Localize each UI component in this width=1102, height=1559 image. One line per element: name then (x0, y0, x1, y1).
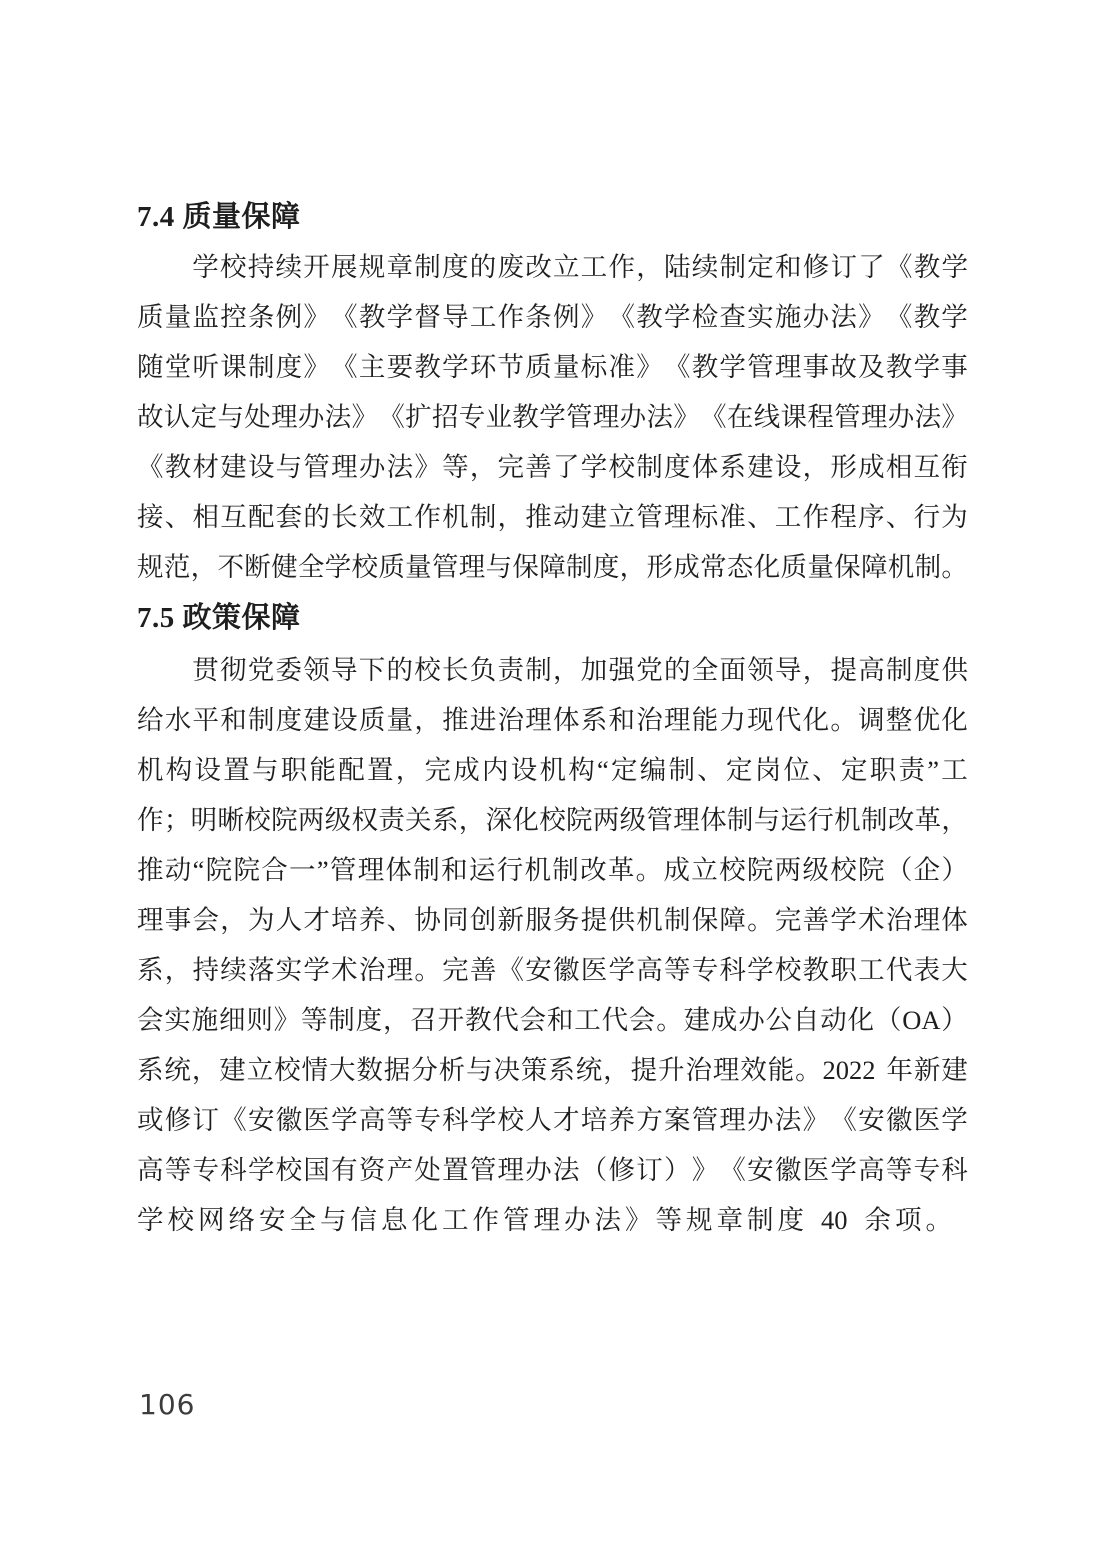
text-line: 系，持续落实学术治理。完善《安徽医学高等专科学校教职工代表大 (137, 945, 968, 995)
paragraph-quality-assurance: 学校持续开展规章制度的废改立工作，陆续制定和修订了《教学 质量监控条例》《教学督… (137, 242, 968, 592)
text-line: 贯彻党委领导下的校长负责制，加强党的全面领导，提高制度供 (137, 645, 968, 695)
document-page: 7.4 质量保障 学校持续开展规章制度的废改立工作，陆续制定和修订了《教学 质量… (0, 0, 1102, 1559)
text-line: 故认定与处理办法》《扩招专业教学管理办法》《在线课程管理办法》 (137, 392, 968, 442)
text-line: 会实施细则》等制度，召开教代会和工代会。建成办公自动化（OA） (137, 995, 968, 1045)
text-line: 作；明晰校院两级权责关系，深化校院两级管理体制与运行机制改革， (137, 795, 968, 845)
text-line: 质量监控条例》《教学督导工作条例》《教学检查实施办法》《教学 (137, 292, 968, 342)
text-line: 或修订《安徽医学高等专科学校人才培养方案管理办法》《安徽医学 (137, 1095, 968, 1145)
page-number: 106 (139, 1388, 195, 1421)
text-line: 随堂听课制度》《主要教学环节质量标准》《教学管理事故及教学事 (137, 342, 968, 392)
section-heading-7-4: 7.4 质量保障 (137, 199, 301, 235)
text-line: 学校网络安全与信息化工作管理办法》等规章制度40余项。 (137, 1195, 968, 1245)
text-line: 接、相互配套的长效工作机制，推动建立管理标准、工作程序、行为 (137, 492, 968, 542)
paragraph-policy-assurance: 贯彻党委领导下的校长负责制，加强党的全面领导，提高制度供 给水平和制度建设质量，… (137, 645, 968, 1245)
text-line: 理事会，为人才培养、协同创新服务提供机制保障。完善学术治理体 (137, 895, 968, 945)
text-line: 推动“院院合一”管理体制和运行机制改革。成立校院两级校院（企） (137, 845, 968, 895)
text-line: 学校持续开展规章制度的废改立工作，陆续制定和修订了《教学 (137, 242, 968, 292)
text-line: 《教材建设与管理办法》等，完善了学校制度体系建设，形成相互衔 (137, 442, 968, 492)
text-line: 机构设置与职能配置，完成内设机构“定编制、定岗位、定职责”工 (137, 745, 968, 795)
text-line: 高等专科学校国有资产处置管理办法（修订）》《安徽医学高等专科 (137, 1145, 968, 1195)
text-line: 系统，建立校情大数据分析与决策系统，提升治理效能。2022年新建 (137, 1045, 968, 1095)
section-heading-7-5: 7.5 政策保障 (137, 600, 301, 636)
text-line: 给水平和制度建设质量，推进治理体系和治理能力现代化。调整优化 (137, 695, 968, 745)
text-line: 规范，不断健全学校质量管理与保障制度，形成常态化质量保障机制。 (137, 542, 968, 592)
